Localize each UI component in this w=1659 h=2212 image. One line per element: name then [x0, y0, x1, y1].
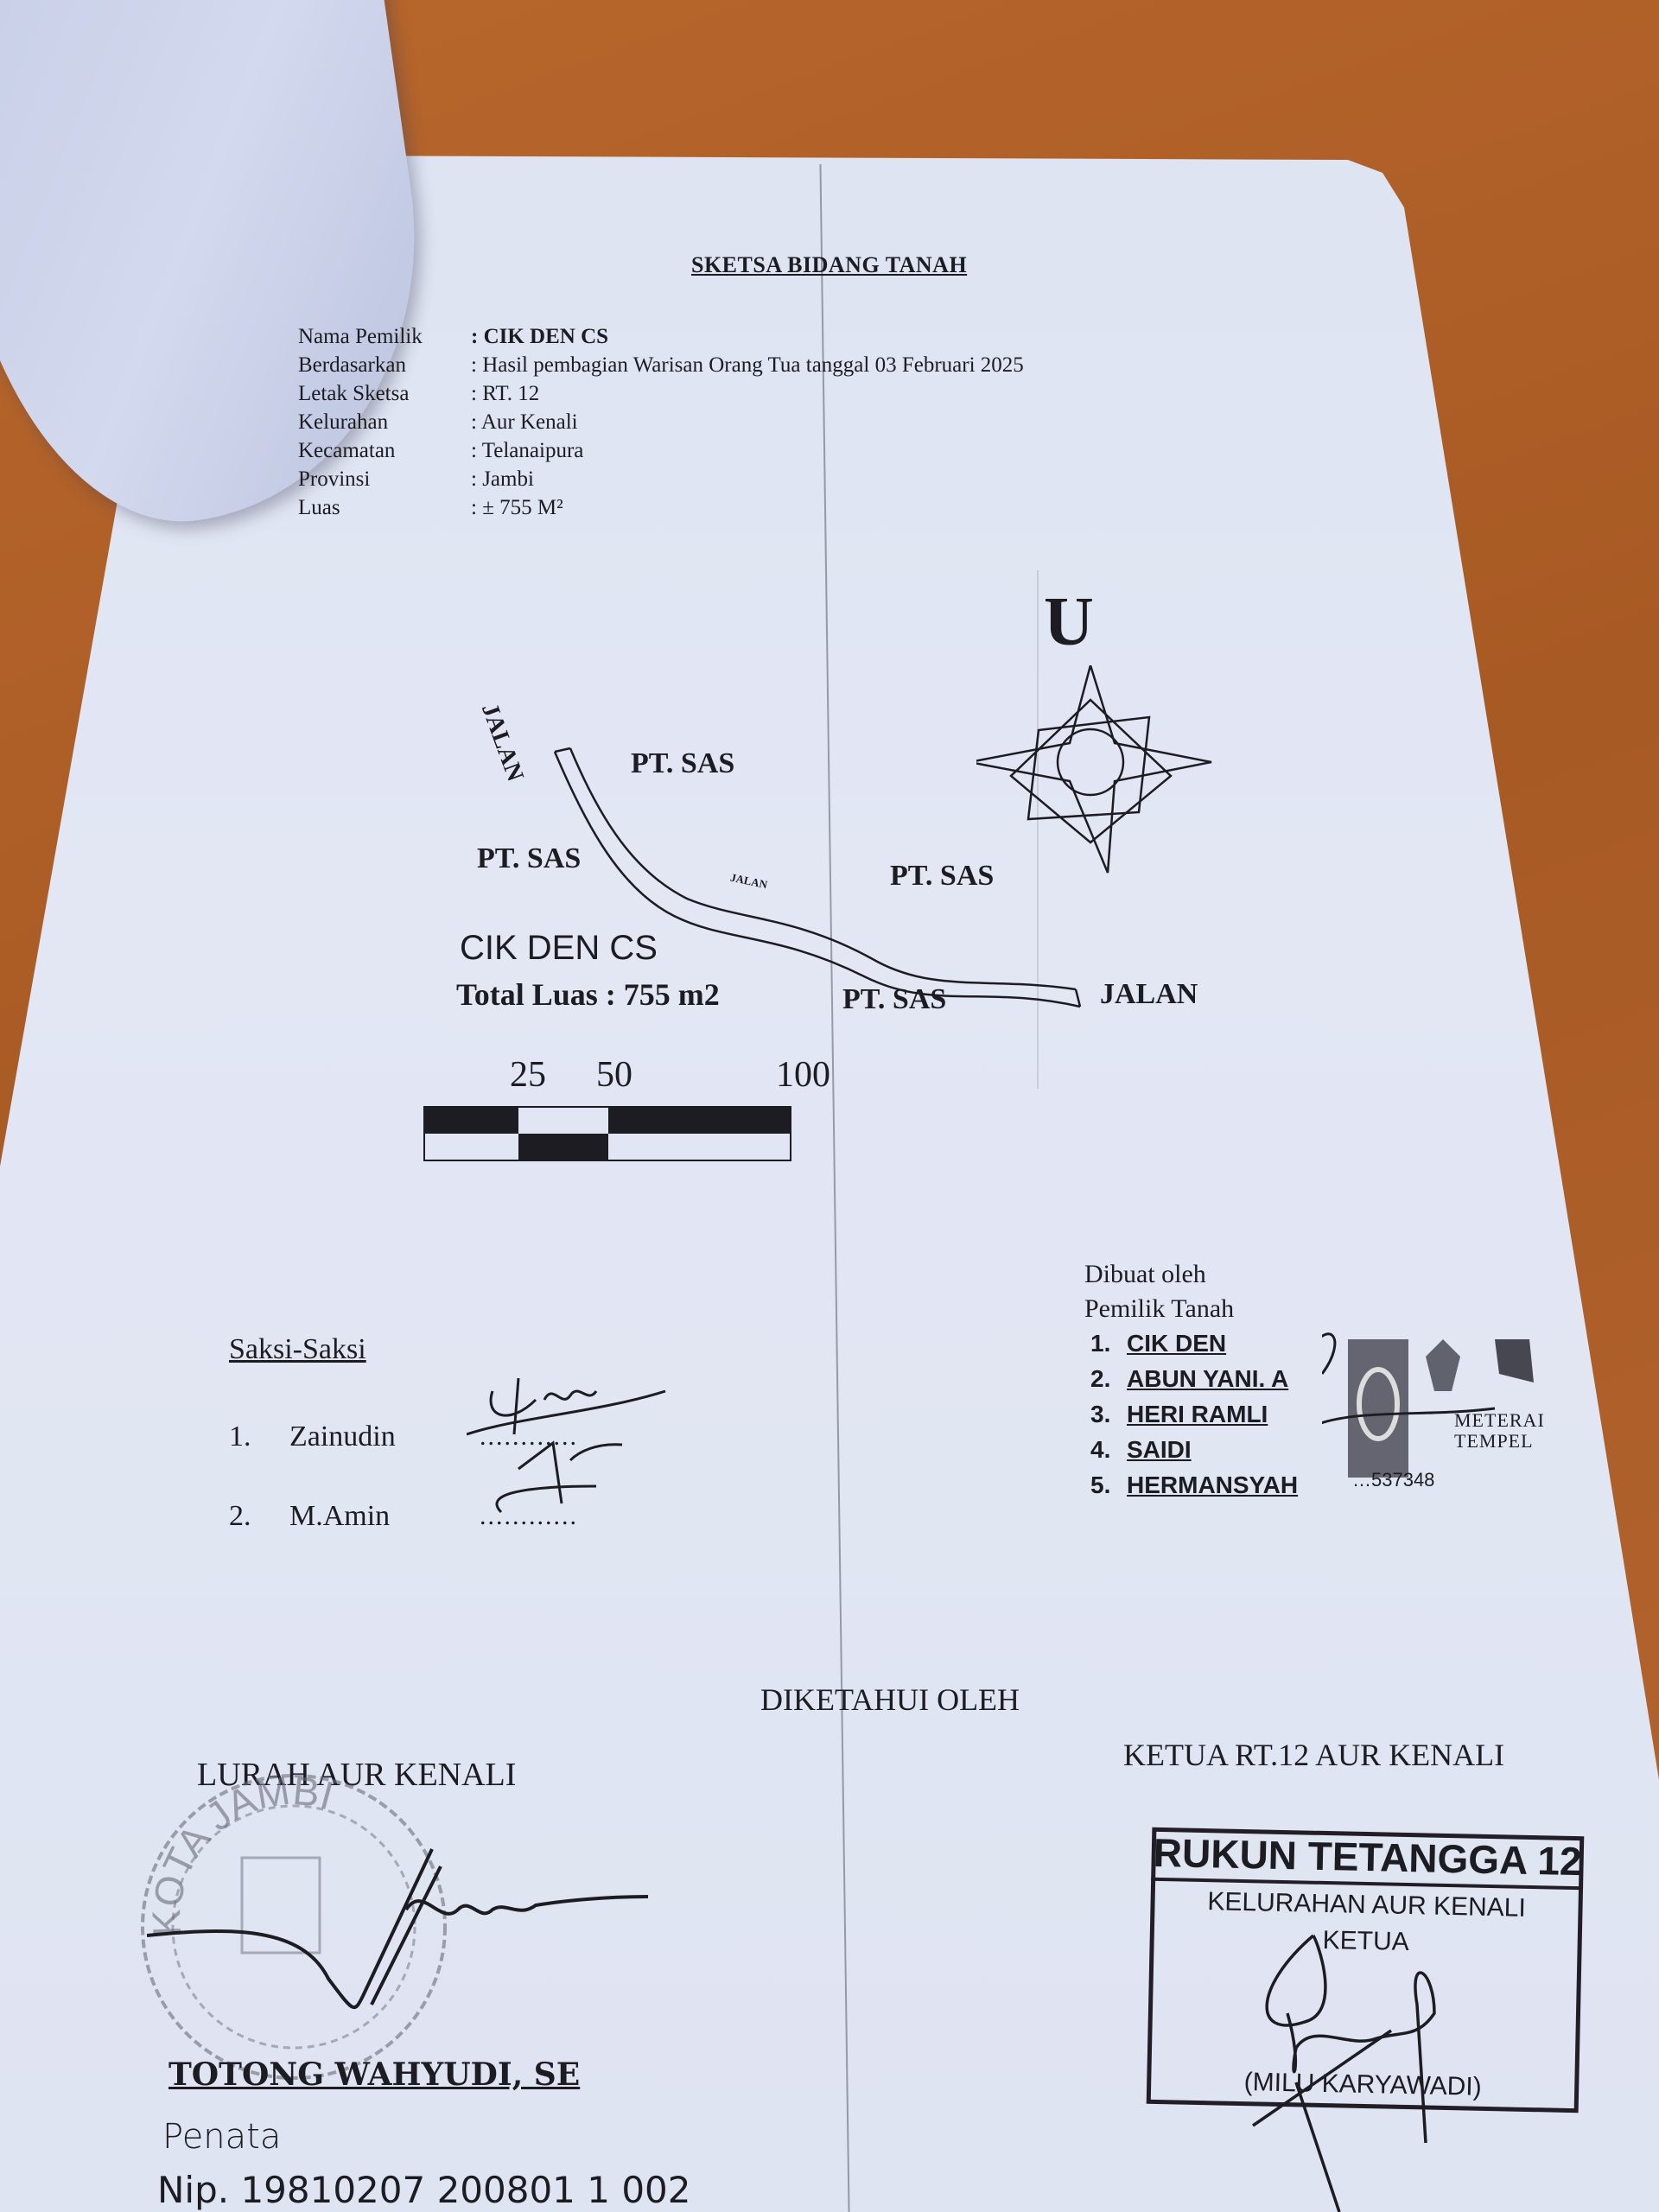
- official-rank: Penata: [162, 2117, 281, 2157]
- sketch-owner: CIK DEN CS: [460, 929, 658, 968]
- acknowledged-heading: DIKETAHUI OLEH: [760, 1681, 1020, 1718]
- owner-item: 3.HERI RAMLI: [1090, 1396, 1298, 1432]
- north-label: U: [1044, 583, 1094, 662]
- field-row: Luas: ± 755 M²: [298, 493, 1024, 522]
- neighbor-label: PT. SAS: [631, 747, 734, 780]
- ketua-title: KETUA RT.12 AUR KENALI: [1123, 1737, 1504, 1773]
- field-row: Kelurahan: Aur Kenali: [298, 408, 1024, 436]
- official-nip: Nip. 19810207 200801 1 002: [157, 2169, 691, 2211]
- city-seal-stamp-icon: KOTA JAMBI: [130, 1763, 458, 2091]
- rt-stamp-header: RUKUN TETANGGA 12: [1151, 1827, 1584, 1890]
- meterai-serial: …537348: [1352, 1469, 1434, 1491]
- rt-stamp: RUKUN TETANGGA 12 KELURAHAN AUR KENALI K…: [1147, 1827, 1585, 2113]
- created-by-heading: Dibuat oleh Pemilik Tanah: [1084, 1257, 1234, 1326]
- field-row: Berdasarkan: Hasil pembagian Warisan Ora…: [298, 351, 1024, 379]
- owner-item: 1.CIK DEN: [1090, 1325, 1298, 1361]
- field-row: Kecamatan: Telanaipura: [298, 436, 1024, 465]
- signature-line: ............: [480, 1502, 578, 1531]
- witness-row: 2. M.Amin ............: [229, 1477, 578, 1556]
- owner-item: 4.SAIDI: [1090, 1432, 1298, 1467]
- document-title: SKETSA BIDANG TANAH: [691, 252, 967, 278]
- neighbor-label: PT. SAS: [477, 842, 581, 875]
- owner-item: 2.ABUN YANI. A: [1090, 1361, 1298, 1396]
- owners-list: 1.CIK DEN 2.ABUN YANI. A 3.HERI RAMLI 4.…: [1090, 1325, 1298, 1503]
- neighbor-label: PT. SAS: [842, 983, 946, 1016]
- road-label: JALAN: [1100, 978, 1198, 1011]
- signature-line: ............: [480, 1422, 578, 1452]
- document-fields: Nama Pemilik: CIK DEN CS Berdasarkan: Ha…: [298, 322, 1024, 522]
- witnesses-heading: Saksi-Saksi: [229, 1333, 578, 1366]
- scale-tick: 50: [596, 1054, 632, 1096]
- owner-item: 5.HERMANSYAH: [1090, 1467, 1298, 1503]
- scale-tick: 100: [776, 1054, 830, 1096]
- total-area: Total Luas : 755 m2: [456, 976, 720, 1013]
- scale-bar: 25 50 100: [423, 1054, 795, 1161]
- witnesses-section: Saksi-Saksi 1. Zainudin ............ 2. …: [229, 1333, 578, 1556]
- compass-rose-icon: [976, 665, 1218, 890]
- witness-row: 1. Zainudin ............: [229, 1397, 578, 1477]
- scale-tick: 25: [510, 1054, 546, 1096]
- land-sketch: JALAN JALAN PT. SAS PT. SAS PT. SAS PT. …: [415, 570, 1244, 1037]
- meterai-label: METERAI TEMPEL: [1454, 1410, 1545, 1452]
- field-row: Nama Pemilik: CIK DEN CS: [298, 322, 1024, 351]
- field-row: Letak Sketsa: RT. 12: [298, 379, 1024, 408]
- field-row: Provinsi: Jambi: [298, 465, 1024, 493]
- official-name: TOTONG WAHYUDI, SE: [168, 2056, 580, 2093]
